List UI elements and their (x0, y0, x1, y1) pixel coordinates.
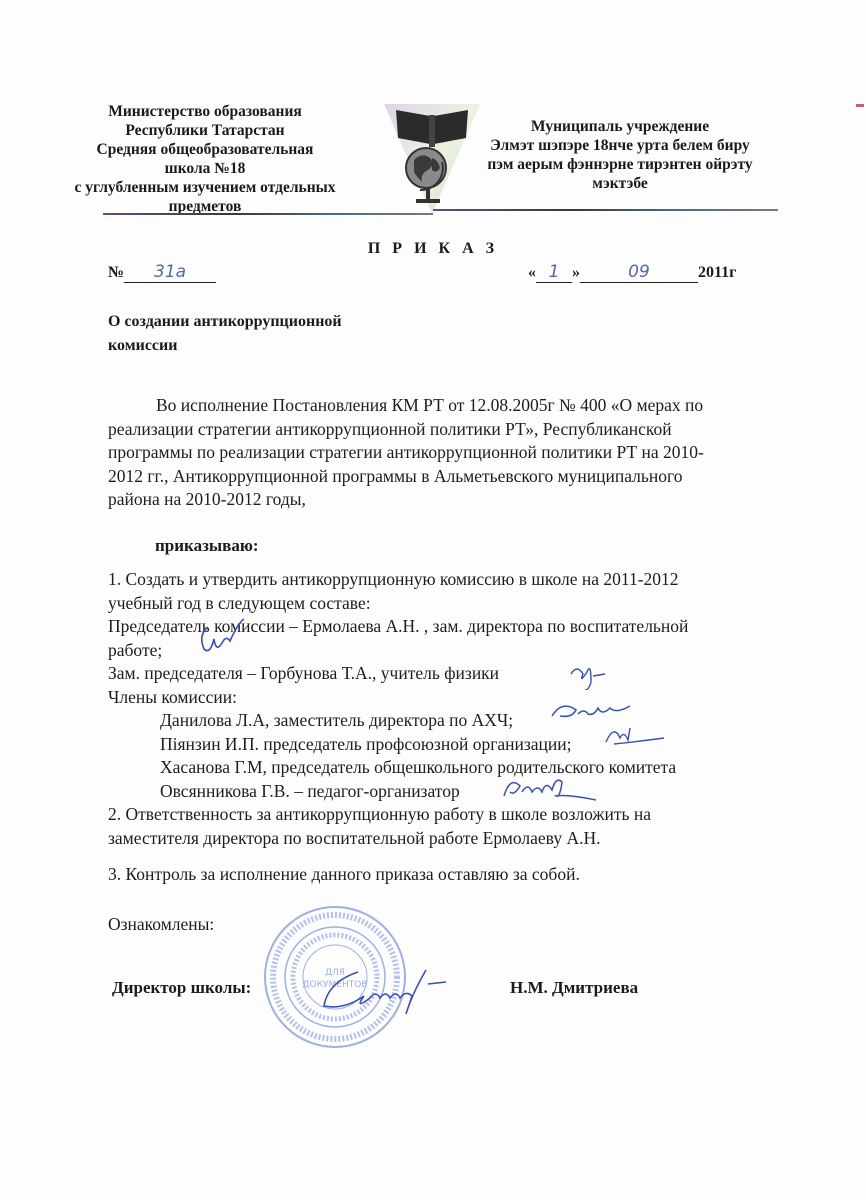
date-month-value: 09 (628, 262, 650, 282)
members-heading: Члены комиссии: (108, 686, 828, 710)
header-right-line: пэм аерым фэннэрне тирэнтен ойрэту (470, 155, 770, 174)
date-quote-open: « (528, 264, 536, 281)
member-item: Піянзин И.П. председатель профсоюзной ор… (108, 733, 828, 757)
header-left-line: Республики Татарстан (20, 121, 390, 140)
point-2-line: заместителя директора по воспитательной … (108, 827, 828, 851)
book-globe-emblem-icon (382, 102, 482, 217)
order-number-field: 31а (124, 262, 216, 283)
order-number-label: № (108, 264, 124, 281)
member-item: Овсянникова Г.В. – педагог-организатор (108, 780, 828, 804)
date-month-field: 09 (580, 262, 698, 283)
header-left-line: с углубленным изучением отдельных (20, 178, 390, 197)
header-right-line: мэктэбе (470, 174, 770, 193)
member-item: Хасанова Г.М, председатель общешкольного… (108, 756, 828, 780)
header-divider-left (103, 213, 433, 215)
director-label: Директор школы: (112, 978, 251, 998)
header-right-line: Муниципаль учреждение (470, 117, 770, 136)
order-number-value: 31а (154, 262, 186, 282)
date-quote-close: » (572, 264, 580, 281)
order-subject: О создании антикоррупционной комиссии (108, 310, 342, 358)
directive-heading: приказываю: (155, 536, 259, 556)
preamble-paragraph: Во исполнение Постановления КМ РТ от 12.… (108, 394, 808, 512)
preamble-line: программы по реализации стратегии антико… (108, 441, 808, 465)
header-left-line: школа №18 (20, 159, 390, 178)
header-left-line: Средняя общеобразовательная (20, 140, 390, 159)
preamble-line: Во исполнение Постановления КМ РТ от 12.… (156, 395, 703, 415)
order-points: 1. Создать и утвердить антикоррупционную… (108, 568, 828, 850)
subject-line: комиссии (108, 334, 342, 358)
signature-piyanzin-icon (600, 722, 670, 750)
header-left-line: Министерство образования (20, 102, 390, 121)
point-1-line: учебный год в следующем составе: (108, 592, 828, 616)
member-item: Данилова Л.А, заместитель директора по А… (108, 709, 828, 733)
director-name: Н.М. Дмитриева (510, 978, 638, 998)
header-divider-right (433, 209, 778, 211)
signature-chairman-icon (190, 615, 250, 665)
signature-ovsyannikova-icon (498, 770, 608, 808)
header-right-institution: Муниципаль учреждение Элмэт шэпэре 18нче… (470, 117, 770, 193)
order-date: «1»092011г (528, 262, 736, 283)
order-number: №31а (108, 262, 216, 283)
point-1-line: 1. Создать и утвердить антикоррупционную… (108, 568, 828, 592)
header-left-institution: Министерство образования Республики Тата… (20, 102, 390, 216)
preamble-line: реализации стратегии антикоррупционной п… (108, 418, 808, 442)
point-3: 3. Контроль за исполнение данного приказ… (108, 863, 580, 887)
signature-deputy-icon (565, 660, 610, 690)
preamble-line: района на 2010-2012 годы, (108, 488, 808, 512)
point-2-line: 2. Ответственность за антикоррупционную … (108, 803, 828, 827)
date-year: 2011г (698, 264, 736, 281)
date-day-value: 1 (549, 262, 560, 282)
deputy-chairman-line: Зам. председателя – Горбунова Т.А., учит… (108, 662, 828, 686)
subject-line: О создании антикоррупционной (108, 310, 342, 334)
scan-mark (856, 104, 864, 107)
signature-director-icon (318, 960, 478, 1020)
date-day-field: 1 (536, 262, 572, 283)
header-right-line: Элмэт шэпэре 18нче урта белем биру (470, 136, 770, 155)
document-title: П Р И К А З (0, 240, 866, 258)
preamble-line: 2012 гг., Антикоррупционной программы в … (108, 465, 808, 489)
acquainted-label: Ознакомлены: (108, 913, 214, 937)
